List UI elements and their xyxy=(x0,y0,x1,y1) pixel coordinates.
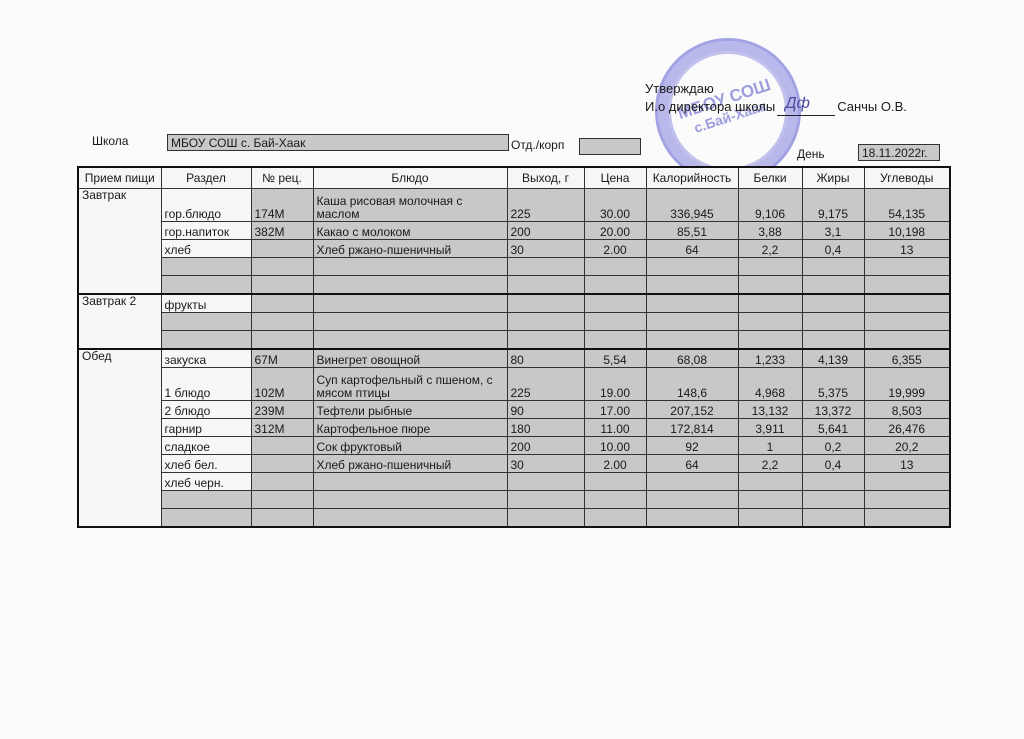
column-header: Раздел xyxy=(161,167,251,189)
section-cell[interactable]: гор.блюдо xyxy=(161,189,251,222)
carbs-cell[interactable] xyxy=(864,258,950,276)
yield-cell[interactable]: 200 xyxy=(507,437,584,455)
section-cell[interactable]: 1 блюдо xyxy=(161,368,251,401)
price-cell[interactable]: 17.00 xyxy=(584,401,646,419)
price-cell[interactable] xyxy=(584,491,646,509)
carbs-cell[interactable]: 54,135 xyxy=(864,189,950,222)
section-cell[interactable]: фрукты xyxy=(161,294,251,313)
fat-cell[interactable]: 4,139 xyxy=(802,349,864,368)
recipe-cell[interactable] xyxy=(251,437,313,455)
carbs-cell[interactable]: 6,355 xyxy=(864,349,950,368)
table-row xyxy=(78,276,950,295)
meal-name-cell: Завтрак 2 xyxy=(78,294,161,349)
dish-cell[interactable] xyxy=(313,491,507,509)
dish-cell[interactable]: Сок фруктовый xyxy=(313,437,507,455)
fat-cell[interactable] xyxy=(802,473,864,491)
carbs-cell[interactable]: 13 xyxy=(864,455,950,473)
protein-cell[interactable]: 1 xyxy=(738,437,802,455)
kcal-cell[interactable] xyxy=(646,258,738,276)
table-row: сладкоеСок фруктовый20010.009210,220,2 xyxy=(78,437,950,455)
table-header-row: Прием пищиРаздел№ рец.БлюдоВыход, гЦенаК… xyxy=(78,167,950,189)
carbs-cell[interactable]: 19,999 xyxy=(864,368,950,401)
protein-cell[interactable] xyxy=(738,491,802,509)
kcal-cell[interactable]: 64 xyxy=(646,240,738,258)
table-row: 1 блюдо102МСуп картофельный с пшеном, с … xyxy=(78,368,950,401)
section-cell[interactable] xyxy=(161,276,251,295)
column-header: Блюдо xyxy=(313,167,507,189)
carbs-cell[interactable] xyxy=(864,331,950,350)
fat-cell[interactable]: 0,4 xyxy=(802,455,864,473)
carbs-cell[interactable]: 8,503 xyxy=(864,401,950,419)
table-row: Завтрак 2фрукты xyxy=(78,294,950,313)
protein-cell[interactable] xyxy=(738,258,802,276)
price-cell[interactable] xyxy=(584,313,646,331)
menu-table: Прием пищиРаздел№ рец.БлюдоВыход, гЦенаК… xyxy=(77,166,951,528)
approval-block: Утверждаю И.о директора школыДфСанчы О.В… xyxy=(645,80,907,116)
dish-cell[interactable] xyxy=(313,313,507,331)
carbs-cell[interactable] xyxy=(864,294,950,313)
signature: Дф xyxy=(785,95,810,113)
kcal-cell[interactable]: 172,814 xyxy=(646,419,738,437)
kcal-cell[interactable]: 85,51 xyxy=(646,222,738,240)
protein-cell[interactable] xyxy=(738,473,802,491)
kcal-cell[interactable] xyxy=(646,313,738,331)
section-cell[interactable]: хлеб бел. xyxy=(161,455,251,473)
meal-name-cell: Завтрак xyxy=(78,189,161,295)
fat-cell[interactable] xyxy=(802,276,864,295)
fat-cell[interactable]: 5,641 xyxy=(802,419,864,437)
recipe-cell[interactable] xyxy=(251,276,313,295)
recipe-cell[interactable]: 239М xyxy=(251,401,313,419)
dept-label: Отд./корп xyxy=(511,138,564,152)
recipe-cell[interactable]: 174М xyxy=(251,189,313,222)
kcal-cell[interactable] xyxy=(646,509,738,528)
protein-cell[interactable]: 1,233 xyxy=(738,349,802,368)
recipe-cell[interactable] xyxy=(251,313,313,331)
price-cell[interactable]: 20.00 xyxy=(584,222,646,240)
section-cell[interactable]: 2 блюдо xyxy=(161,401,251,419)
fat-cell[interactable]: 5,375 xyxy=(802,368,864,401)
signature-line: Дф xyxy=(777,103,835,116)
table-row: Завтракгор.блюдо174МКаша рисовая молочна… xyxy=(78,189,950,222)
table-row xyxy=(78,258,950,276)
section-cell[interactable]: закуска xyxy=(161,349,251,368)
kcal-cell[interactable]: 64 xyxy=(646,455,738,473)
dish-cell[interactable]: Каша рисовая молочная с маслом xyxy=(313,189,507,222)
price-cell[interactable]: 19.00 xyxy=(584,368,646,401)
table-row: Обедзакуска67МВинегрет овощной805,5468,0… xyxy=(78,349,950,368)
yield-cell[interactable]: 180 xyxy=(507,419,584,437)
kcal-cell[interactable]: 148,6 xyxy=(646,368,738,401)
protein-cell[interactable]: 9,106 xyxy=(738,189,802,222)
column-header: № рец. xyxy=(251,167,313,189)
yield-cell[interactable] xyxy=(507,258,584,276)
dish-cell[interactable]: Суп картофельный с пшеном, с мясом птицы xyxy=(313,368,507,401)
dish-cell[interactable]: Винегрет овощной xyxy=(313,349,507,368)
carbs-cell[interactable]: 20,2 xyxy=(864,437,950,455)
yield-cell[interactable] xyxy=(507,509,584,528)
price-cell[interactable]: 30.00 xyxy=(584,189,646,222)
fat-cell[interactable] xyxy=(802,491,864,509)
dish-cell[interactable] xyxy=(313,294,507,313)
column-header: Выход, г xyxy=(507,167,584,189)
recipe-cell[interactable] xyxy=(251,331,313,350)
recipe-cell[interactable]: 67М xyxy=(251,349,313,368)
protein-cell[interactable] xyxy=(738,509,802,528)
table-row xyxy=(78,509,950,528)
section-cell[interactable] xyxy=(161,313,251,331)
fat-cell[interactable] xyxy=(802,258,864,276)
kcal-cell[interactable] xyxy=(646,331,738,350)
protein-cell[interactable] xyxy=(738,331,802,350)
dish-cell[interactable] xyxy=(313,509,507,528)
fat-cell[interactable]: 9,175 xyxy=(802,189,864,222)
dish-cell[interactable] xyxy=(313,258,507,276)
yield-cell[interactable]: 80 xyxy=(507,349,584,368)
yield-cell[interactable] xyxy=(507,294,584,313)
carbs-cell[interactable] xyxy=(864,509,950,528)
dish-cell[interactable]: Хлеб ржано-пшеничный xyxy=(313,240,507,258)
dish-cell[interactable]: Какао с молоком xyxy=(313,222,507,240)
price-cell[interactable] xyxy=(584,473,646,491)
section-cell[interactable]: хлеб черн. xyxy=(161,473,251,491)
dish-cell[interactable]: Тефтели рыбные xyxy=(313,401,507,419)
carbs-cell[interactable] xyxy=(864,473,950,491)
yield-cell[interactable]: 30 xyxy=(507,455,584,473)
kcal-cell[interactable]: 92 xyxy=(646,437,738,455)
yield-cell[interactable] xyxy=(507,491,584,509)
school-field[interactable]: МБОУ СОШ с. Бай-Хаак xyxy=(167,134,509,151)
protein-cell[interactable]: 2,2 xyxy=(738,240,802,258)
yield-cell[interactable] xyxy=(507,473,584,491)
fat-cell[interactable]: 13,372 xyxy=(802,401,864,419)
column-header: Цена xyxy=(584,167,646,189)
kcal-cell[interactable]: 207,152 xyxy=(646,401,738,419)
recipe-cell[interactable]: 312М xyxy=(251,419,313,437)
table-row: хлеб черн. xyxy=(78,473,950,491)
recipe-cell[interactable] xyxy=(251,473,313,491)
section-cell[interactable] xyxy=(161,491,251,509)
carbs-cell[interactable]: 13 xyxy=(864,240,950,258)
protein-cell[interactable]: 2,2 xyxy=(738,455,802,473)
kcal-cell[interactable] xyxy=(646,473,738,491)
fat-cell[interactable]: 3,1 xyxy=(802,222,864,240)
fat-cell[interactable]: 0,4 xyxy=(802,240,864,258)
school-label: Школа xyxy=(92,134,128,148)
table-row xyxy=(78,491,950,509)
dish-cell[interactable] xyxy=(313,276,507,295)
fat-cell[interactable] xyxy=(802,294,864,313)
kcal-cell[interactable] xyxy=(646,276,738,295)
price-cell[interactable]: 5,54 xyxy=(584,349,646,368)
price-cell[interactable] xyxy=(584,294,646,313)
price-cell[interactable] xyxy=(584,258,646,276)
column-header: Углеводы xyxy=(864,167,950,189)
price-cell[interactable]: 10.00 xyxy=(584,437,646,455)
section-cell[interactable]: сладкое xyxy=(161,437,251,455)
carbs-cell[interactable] xyxy=(864,313,950,331)
protein-cell[interactable] xyxy=(738,313,802,331)
recipe-cell[interactable]: 102М xyxy=(251,368,313,401)
yield-cell[interactable]: 90 xyxy=(507,401,584,419)
column-header: Белки xyxy=(738,167,802,189)
yield-cell[interactable]: 225 xyxy=(507,368,584,401)
yield-cell[interactable]: 30 xyxy=(507,240,584,258)
kcal-cell[interactable] xyxy=(646,491,738,509)
yield-cell[interactable] xyxy=(507,313,584,331)
recipe-cell[interactable] xyxy=(251,258,313,276)
approval-signer: Санчы О.В. xyxy=(837,99,907,114)
section-cell[interactable] xyxy=(161,331,251,350)
kcal-cell[interactable]: 68,08 xyxy=(646,349,738,368)
table-row: хлебХлеб ржано-пшеничный302.00642,20,413 xyxy=(78,240,950,258)
column-header: Прием пищи xyxy=(78,167,161,189)
price-cell[interactable]: 2.00 xyxy=(584,240,646,258)
protein-cell[interactable]: 3,88 xyxy=(738,222,802,240)
meal-name-cell: Обед xyxy=(78,349,161,527)
dish-cell[interactable]: Хлеб ржано-пшеничный xyxy=(313,455,507,473)
recipe-cell[interactable] xyxy=(251,455,313,473)
table-row xyxy=(78,313,950,331)
dept-field[interactable] xyxy=(579,138,641,155)
fat-cell[interactable] xyxy=(802,509,864,528)
dish-cell[interactable]: Картофельное пюре xyxy=(313,419,507,437)
table-row: гарнир312МКартофельное пюре18011.00172,8… xyxy=(78,419,950,437)
recipe-cell[interactable] xyxy=(251,491,313,509)
price-cell[interactable]: 2.00 xyxy=(584,455,646,473)
fat-cell[interactable] xyxy=(802,331,864,350)
fat-cell[interactable] xyxy=(802,313,864,331)
yield-cell[interactable]: 225 xyxy=(507,189,584,222)
table-row: 2 блюдо239МТефтели рыбные9017.00207,1521… xyxy=(78,401,950,419)
protein-cell[interactable]: 4,968 xyxy=(738,368,802,401)
approval-position: И.о директора школы xyxy=(645,99,775,114)
kcal-cell[interactable]: 336,945 xyxy=(646,189,738,222)
recipe-cell[interactable] xyxy=(251,240,313,258)
carbs-cell[interactable] xyxy=(864,491,950,509)
column-header: Жиры xyxy=(802,167,864,189)
yield-cell[interactable]: 200 xyxy=(507,222,584,240)
price-cell[interactable] xyxy=(584,509,646,528)
carbs-cell[interactable]: 10,198 xyxy=(864,222,950,240)
recipe-cell[interactable] xyxy=(251,509,313,528)
recipe-cell[interactable] xyxy=(251,294,313,313)
protein-cell[interactable] xyxy=(738,294,802,313)
section-cell[interactable] xyxy=(161,258,251,276)
day-field[interactable]: 18.11.2022г. xyxy=(858,144,940,161)
day-label: День xyxy=(797,147,825,161)
protein-cell[interactable]: 13,132 xyxy=(738,401,802,419)
section-cell[interactable] xyxy=(161,509,251,528)
protein-cell[interactable] xyxy=(738,276,802,295)
approval-title: Утверждаю xyxy=(645,80,907,98)
price-cell[interactable] xyxy=(584,276,646,295)
table-row: гор.напиток382МКакао с молоком20020.0085… xyxy=(78,222,950,240)
column-header: Калорийность xyxy=(646,167,738,189)
price-cell[interactable] xyxy=(584,331,646,350)
section-cell[interactable]: гарнир xyxy=(161,419,251,437)
dish-cell[interactable] xyxy=(313,331,507,350)
table-row: хлеб бел.Хлеб ржано-пшеничный302.00642,2… xyxy=(78,455,950,473)
yield-cell[interactable] xyxy=(507,276,584,295)
yield-cell[interactable] xyxy=(507,331,584,350)
protein-cell[interactable]: 3,911 xyxy=(738,419,802,437)
fat-cell[interactable]: 0,2 xyxy=(802,437,864,455)
carbs-cell[interactable] xyxy=(864,276,950,295)
price-cell[interactable]: 11.00 xyxy=(584,419,646,437)
dish-cell[interactable] xyxy=(313,473,507,491)
recipe-cell[interactable]: 382М xyxy=(251,222,313,240)
carbs-cell[interactable]: 26,476 xyxy=(864,419,950,437)
kcal-cell[interactable] xyxy=(646,294,738,313)
table-row xyxy=(78,331,950,350)
section-cell[interactable]: гор.напиток xyxy=(161,222,251,240)
section-cell[interactable]: хлеб xyxy=(161,240,251,258)
